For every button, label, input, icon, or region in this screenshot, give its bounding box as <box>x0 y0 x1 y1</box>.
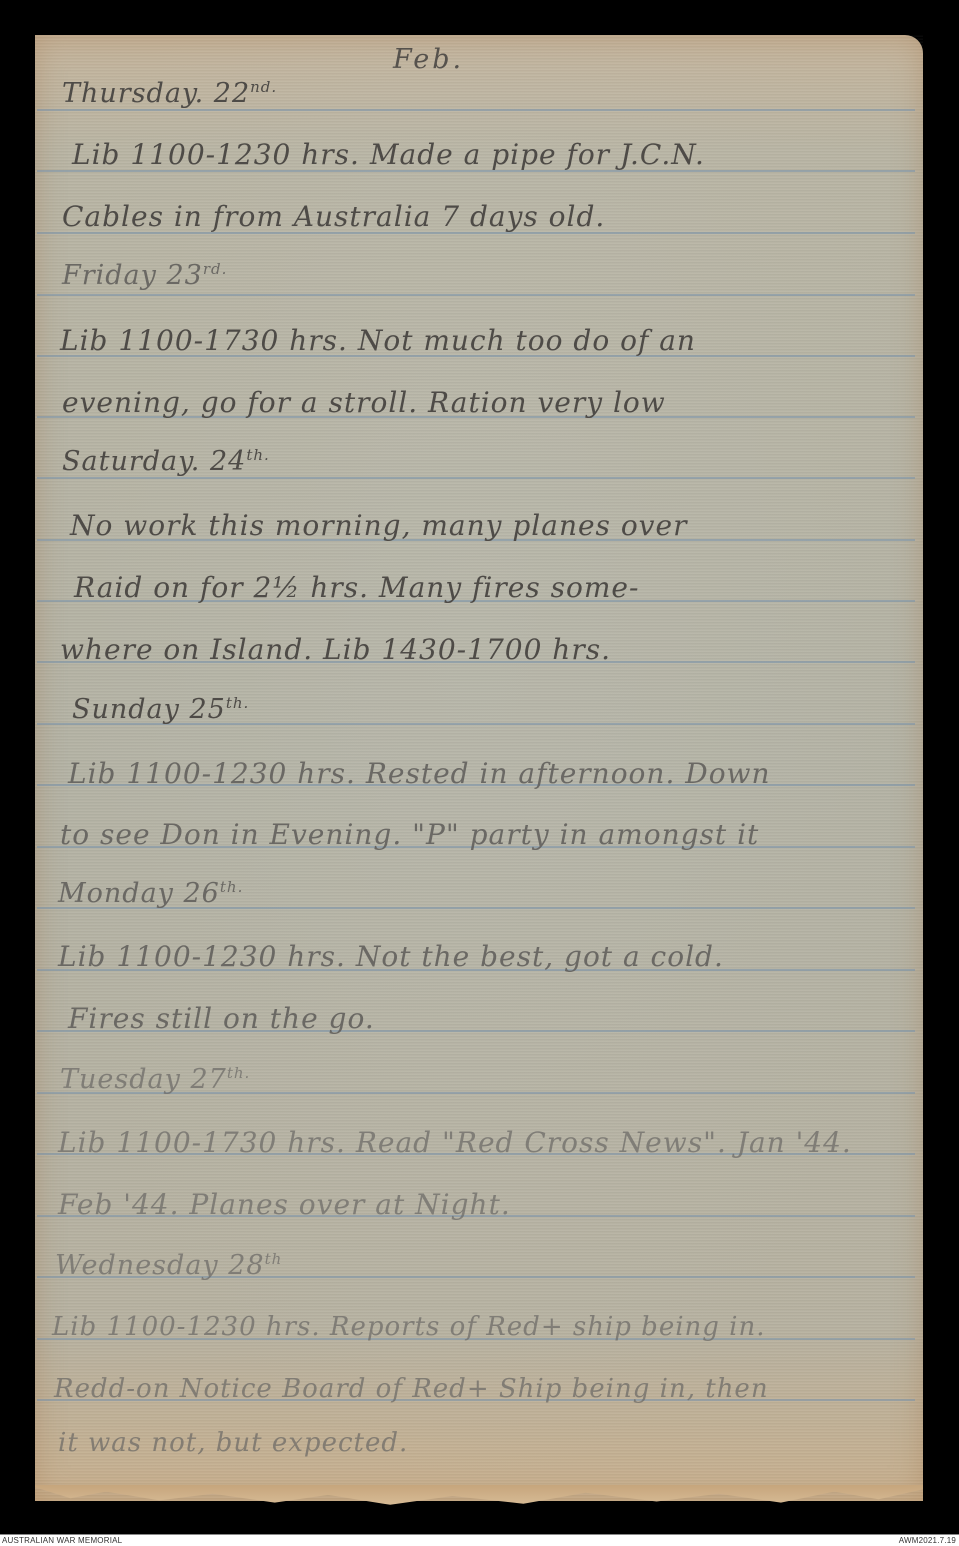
day-suffix: th <box>265 1250 283 1268</box>
entry-line: Raid on for 2½ hrs. Many fires some- <box>74 571 639 604</box>
entry-line: Redd-on Notice Board of Red+ Ship being … <box>54 1374 769 1404</box>
day-label: Monday 26 <box>58 878 220 909</box>
entry-line: Cables in from Australia 7 days old. <box>62 200 605 233</box>
entry-line: Lib 1100-1230 hrs. Reports of Red+ ship … <box>52 1312 766 1342</box>
day-label: Sunday 25 <box>72 694 226 725</box>
entry-day-heading: Tuesday 27th. <box>60 1064 250 1095</box>
entry-line: Lib 1100-1230 hrs. Rested in afternoon. … <box>68 757 771 790</box>
entry-line: to see Don in Evening. "P" party in amon… <box>60 818 759 851</box>
entry-day-heading: Wednesday 28th <box>55 1250 282 1281</box>
day-label: Saturday. 24 <box>62 446 246 477</box>
day-suffix: th. <box>220 878 243 896</box>
entry-line: it was not, but expected. <box>58 1428 408 1458</box>
day-label: Friday 23 <box>62 260 203 291</box>
entry-line: Lib 1100-1730 hrs. Read "Red Cross News"… <box>58 1126 852 1159</box>
catalogue-id: AWM2021.7.19 <box>899 1535 956 1546</box>
torn-bottom-edge <box>35 1485 923 1507</box>
day-suffix: nd. <box>250 78 277 96</box>
entry-line: Fires still on the go. <box>68 1002 375 1035</box>
institution-label: AUSTRALIAN WAR MEMORIAL <box>2 1535 122 1546</box>
entry-day-heading: Saturday. 24th. <box>62 446 270 477</box>
entry-day-heading: Sunday 25th. <box>72 694 249 725</box>
day-suffix: rd. <box>203 260 228 278</box>
day-label: Thursday. 22 <box>62 78 250 109</box>
day-suffix: th. <box>246 446 269 464</box>
month-heading: Feb. <box>393 44 464 75</box>
ruled-line <box>37 294 915 296</box>
entry-line: Lib 1100-1230 hrs. Made a pipe for J.C.N… <box>72 138 705 171</box>
entry-day-heading: Thursday. 22nd. <box>62 78 277 109</box>
day-suffix: th. <box>227 1064 250 1082</box>
entry-line: where on Island. Lib 1430-1700 hrs. <box>60 633 611 666</box>
day-label: Tuesday 27 <box>60 1064 227 1095</box>
ruled-line <box>37 109 915 111</box>
scan-background: Feb. Thursday. 22nd. Lib 1100-1230 hrs. … <box>0 0 959 1534</box>
entry-line: Lib 1100-1730 hrs. Not much too do of an <box>60 324 696 357</box>
entry-day-heading: Monday 26th. <box>58 878 243 909</box>
archive-footer: AUSTRALIAN WAR MEMORIAL AWM2021.7.19 <box>0 1534 959 1546</box>
entry-line: Lib 1100-1230 hrs. Not the best, got a c… <box>58 940 724 973</box>
entry-day-heading: Friday 23rd. <box>62 260 227 291</box>
day-label: Wednesday 28 <box>55 1250 265 1281</box>
entry-line: evening, go for a stroll. Ration very lo… <box>62 386 666 419</box>
ruled-line <box>37 477 915 479</box>
entry-line: No work this morning, many planes over <box>70 509 687 542</box>
day-suffix: th. <box>226 694 249 712</box>
entry-line: Feb '44. Planes over at Night. <box>58 1188 511 1221</box>
